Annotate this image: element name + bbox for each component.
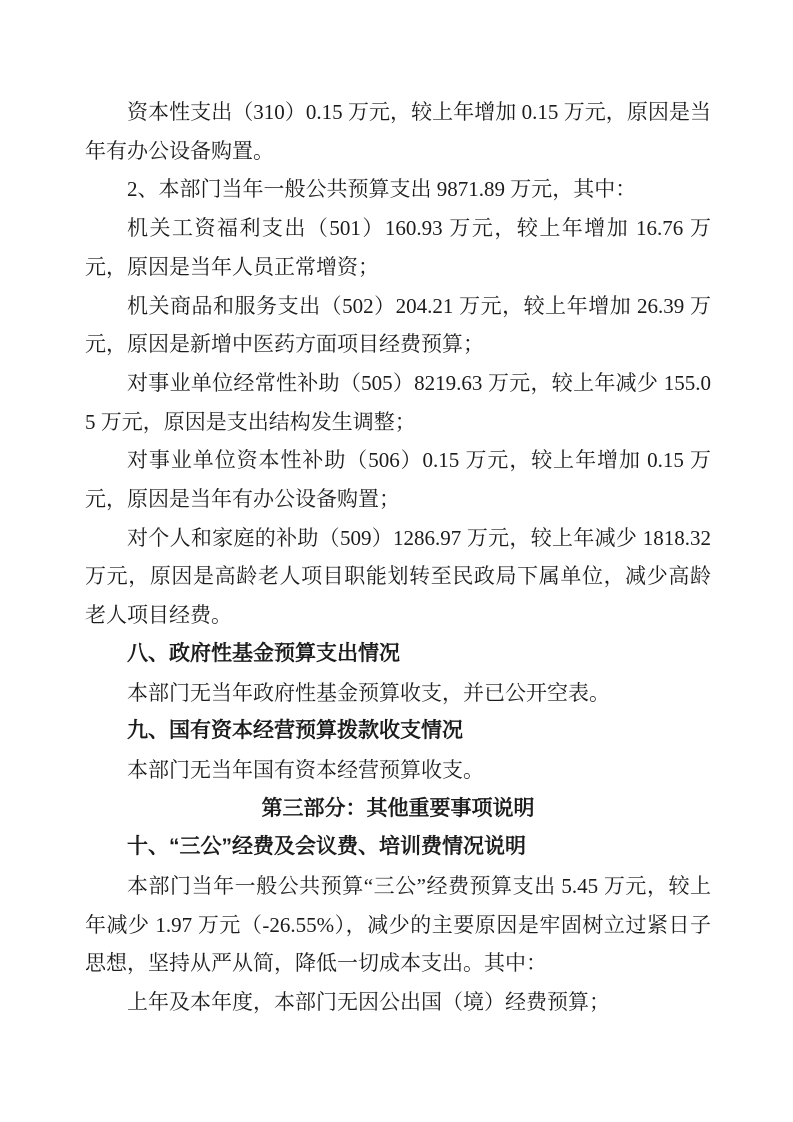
section-heading: 八、政府性基金预算支出情况 — [85, 635, 711, 674]
paragraph: 上年及本年度，本部门无因公出国（境）经费预算； — [85, 983, 711, 1022]
part-title: 第三部分：其他重要事项说明 — [85, 790, 711, 829]
paragraph: 对事业单位经常性补助（505）8219.63 万元，较上年减少 155.05 万… — [85, 364, 711, 441]
paragraph: 机关工资福利支出（501）160.93 万元，较上年增加 16.76 万元，原因… — [85, 209, 711, 286]
paragraph: 对事业单位资本性补助（506）0.15 万元，较上年增加 0.15 万元，原因是… — [85, 441, 711, 518]
paragraph: 本部门当年一般公共预算“三公”经费预算支出 5.45 万元，较上年减少 1.97… — [85, 867, 711, 983]
paragraph: 本部门无当年国有资本经营预算收支。 — [85, 751, 711, 790]
paragraph: 资本性支出（310）0.15 万元，较上年增加 0.15 万元，原因是当年有办公… — [85, 93, 711, 170]
paragraph: 本部门无当年政府性基金预算收支，并已公开空表。 — [85, 674, 711, 713]
paragraph: 对个人和家庭的补助（509）1286.97 万元，较上年减少 1818.32 万… — [85, 519, 711, 635]
paragraph: 2、本部门当年一般公共预算支出 9871.89 万元，其中： — [85, 170, 711, 209]
section-heading: 九、国有资本经营预算拨款收支情况 — [85, 712, 711, 751]
document-page: 资本性支出（310）0.15 万元，较上年增加 0.15 万元，原因是当年有办公… — [0, 0, 793, 1122]
paragraph: 机关商品和服务支出（502）204.21 万元，较上年增加 26.39 万元，原… — [85, 287, 711, 364]
document-content: 资本性支出（310）0.15 万元，较上年增加 0.15 万元，原因是当年有办公… — [85, 93, 711, 1022]
section-heading: 十、“三公”经费及会议费、培训费情况说明 — [85, 828, 711, 867]
